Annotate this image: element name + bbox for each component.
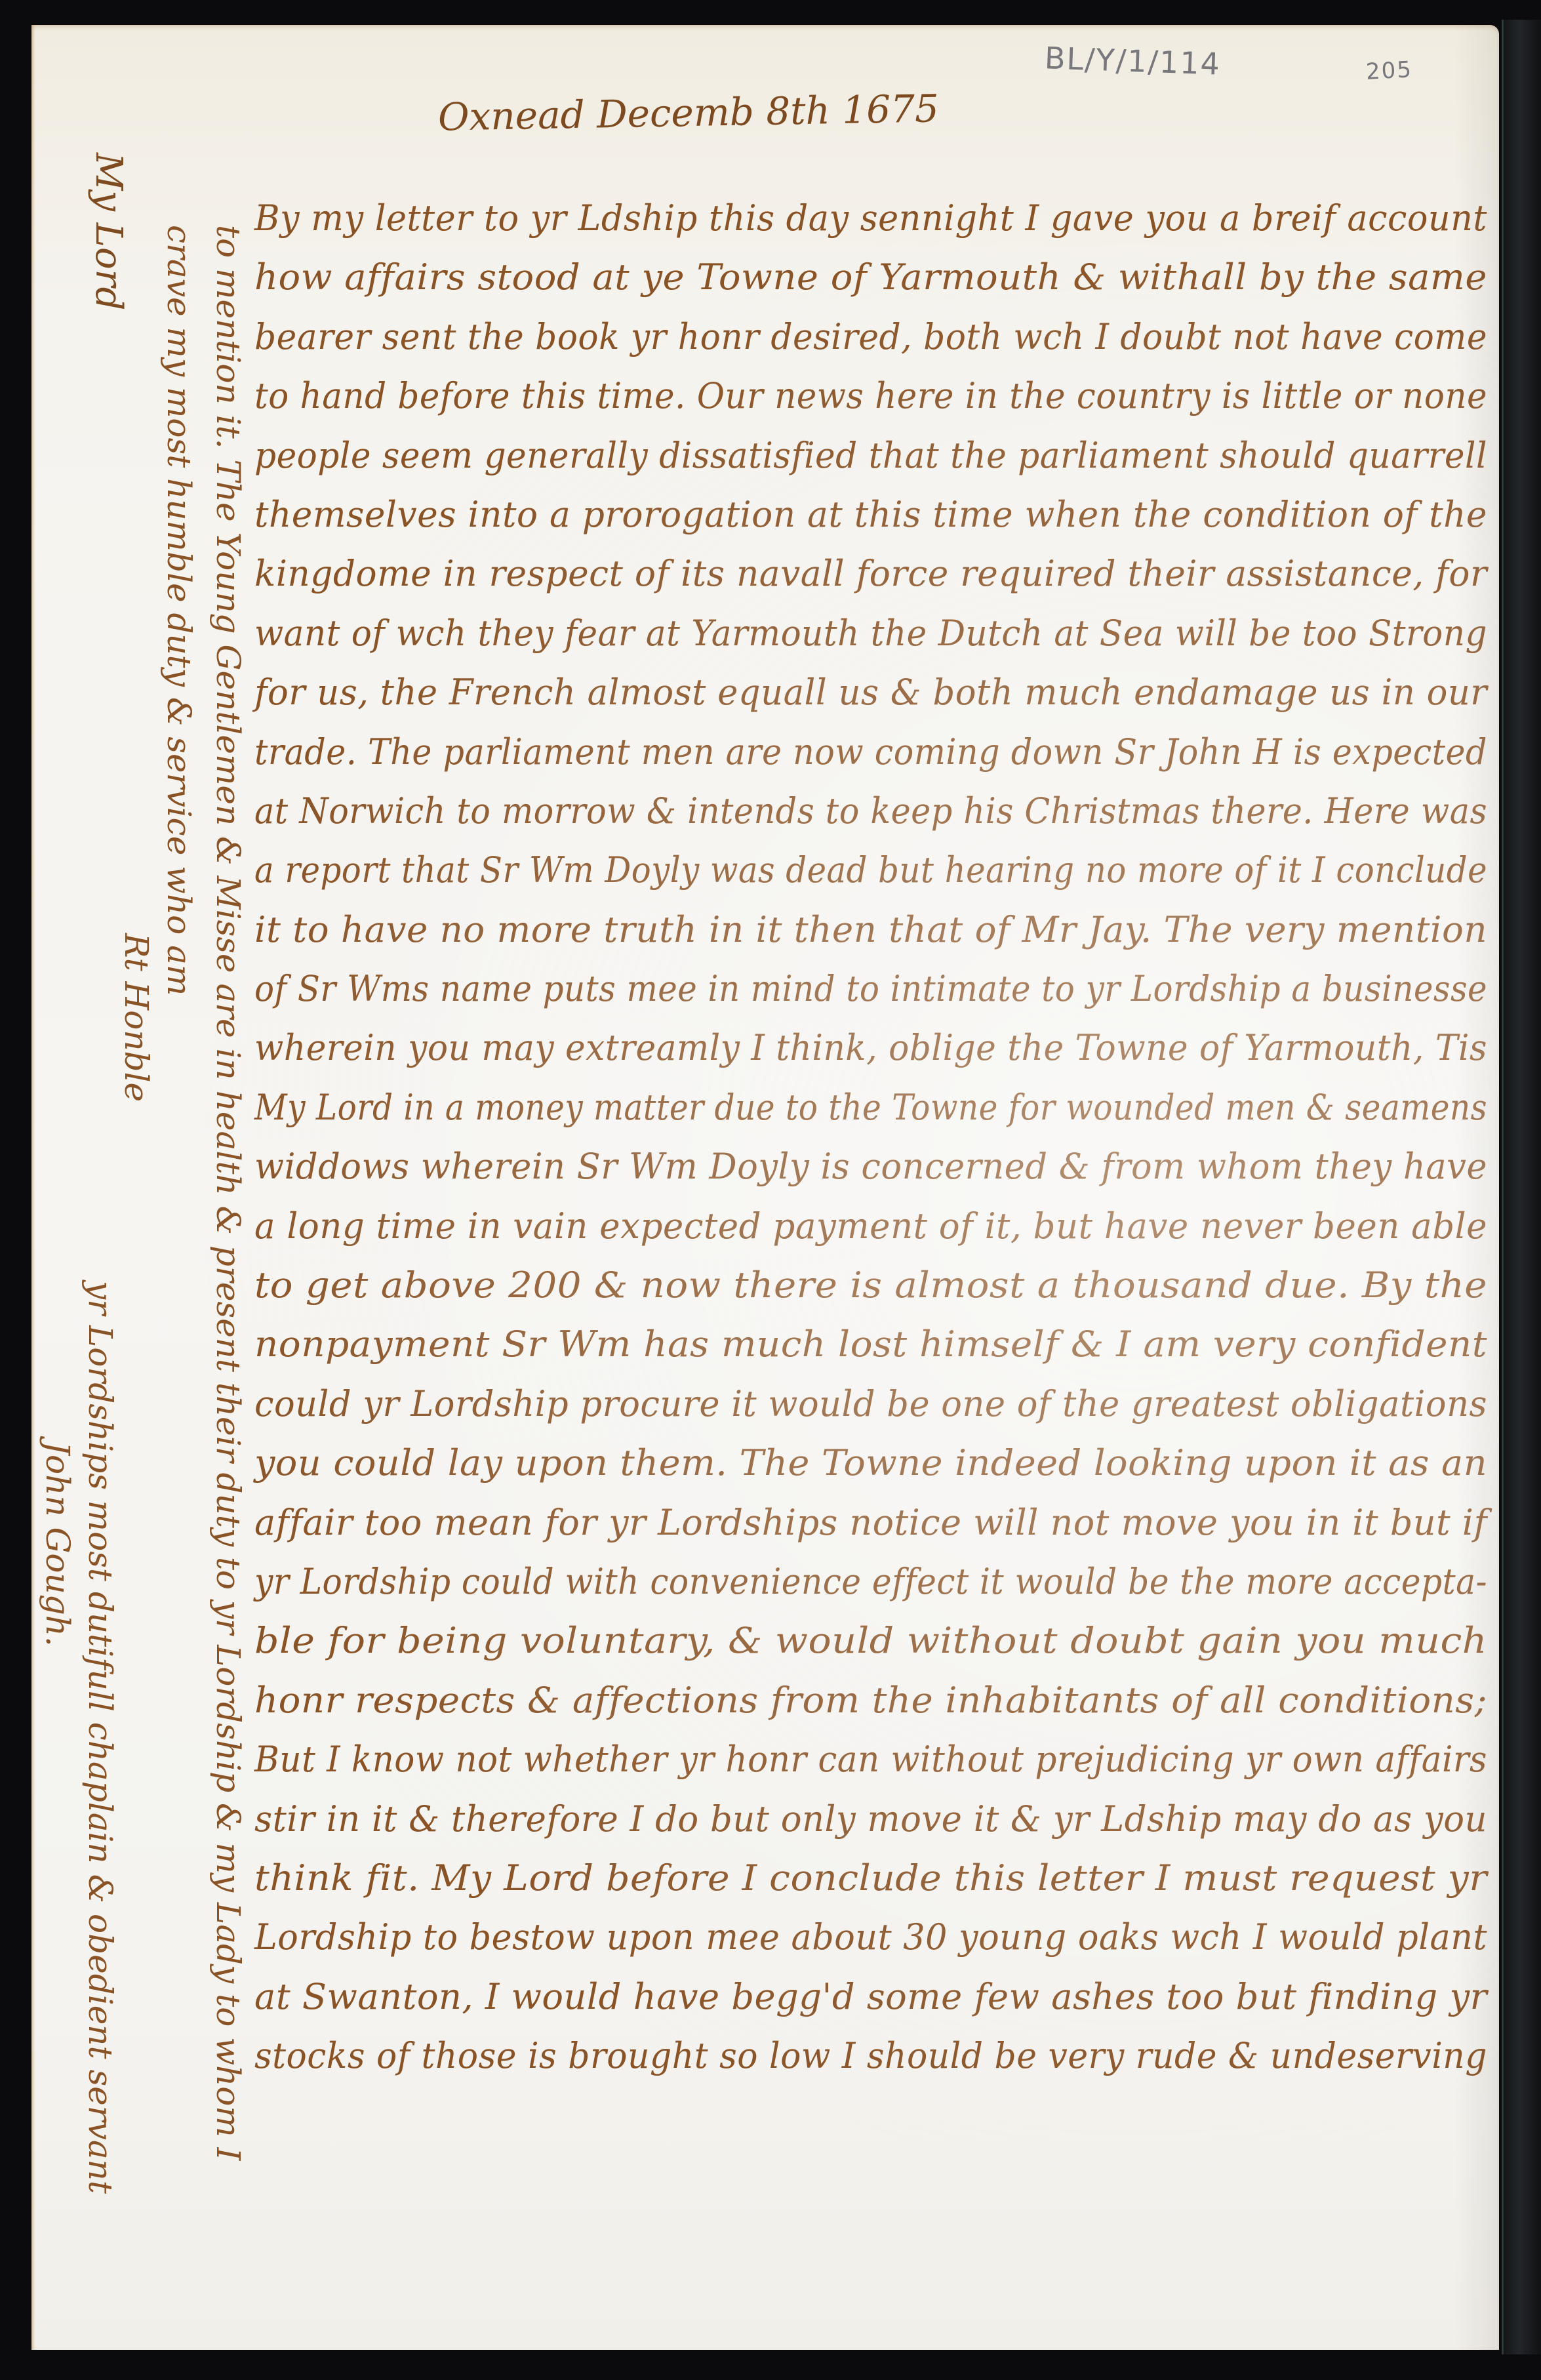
body-line: widdows wherein Sr Wm Doyly is concerned… (254, 1137, 1494, 1196)
body-line-text: yr Lordship could with convenience effec… (254, 1552, 1487, 1611)
body-line-text: it to have no more truth in it then that… (254, 900, 1487, 959)
body-line: nonpayment Sr Wm has much lost himself &… (254, 1315, 1494, 1374)
body-line-text: widdows wherein Sr Wm Doyly is concerned… (254, 1137, 1487, 1196)
folio-number: 205 (1365, 56, 1413, 85)
body-line: how affairs stood at ye Towne of Yarmout… (254, 248, 1494, 307)
body-line-text: want of wch they fear at Yarmouth the Du… (254, 604, 1487, 663)
body-line-text: how affairs stood at ye Towne of Yarmout… (254, 248, 1487, 307)
body-line-text: stir in it & therefore I do but only mov… (254, 1790, 1487, 1849)
margin-greeting: My Lord (87, 153, 130, 310)
body-line-text: to get above 200 & now there is almost a… (254, 1256, 1487, 1315)
body-line-text: affair too mean for yr Lordships notice … (254, 1493, 1487, 1552)
body-line-text: a report that Sr Wm Doyly was dead but h… (254, 841, 1487, 900)
body-line: affair too mean for yr Lordships notice … (254, 1493, 1494, 1552)
body-line: a long time in vain expected payment of … (254, 1197, 1494, 1256)
body-line-text: people seem generally dissatisfied that … (254, 426, 1487, 485)
body-line: a report that Sr Wm Doyly was dead but h… (254, 841, 1494, 900)
margin-signature-line: yr Lordships most dutifull chaplain & ob… (81, 1281, 120, 2194)
body-line: to get above 200 & now there is almost a… (254, 1256, 1494, 1315)
body-line-text: stocks of those is brought so low I shou… (254, 2027, 1487, 2086)
body-line: at Norwich to morrow & intends to keep h… (254, 782, 1494, 841)
body-line: kingdome in respect of its navall force … (254, 544, 1494, 603)
margin-closing-salutation: Rt Honble (117, 933, 156, 1102)
body-line-text: to hand before this time. Our news here … (254, 367, 1487, 426)
body-line: ble for being voluntary, & would without… (254, 1611, 1494, 1670)
body-line: of Sr Wms name puts mee in mind to intim… (254, 959, 1494, 1019)
signature: John Gough. (38, 1442, 77, 1647)
body-line: could yr Lordship procure it would be on… (254, 1375, 1494, 1434)
body-line-text: a long time in vain expected payment of … (254, 1197, 1487, 1256)
body-line-text: themselves into a prorogation at this ti… (254, 485, 1487, 544)
body-line: trade. The parliament men are now coming… (254, 723, 1494, 782)
body-line-text: kingdome in respect of its navall force … (254, 544, 1487, 603)
margin-postscript-line: to mention it. The Young Gentlemen & Mis… (209, 225, 248, 2160)
body-line: think fit. My Lord before I conclude thi… (254, 1849, 1494, 1908)
body-line-text: My Lord in a money matter due to the Tow… (254, 1078, 1487, 1137)
body-line-text: bearer sent the book yr honr desired, bo… (254, 308, 1487, 367)
body-line: it to have no more truth in it then that… (254, 900, 1494, 959)
body-line-text: at Norwich to morrow & intends to keep h… (254, 782, 1487, 841)
body-line-text: Lordship to bestow upon mee about 30 you… (254, 1908, 1487, 1967)
body-line-text: ble for being voluntary, & would without… (254, 1611, 1487, 1670)
body-line: By my letter to yr Ldship this day senni… (254, 189, 1494, 248)
body-line-text: you could lay upon them. The Towne indee… (254, 1434, 1487, 1493)
body-line: you could lay upon them. The Towne indee… (254, 1434, 1494, 1493)
body-line-text: honr respects & affections from the inha… (254, 1671, 1487, 1730)
body-line-text: By my letter to yr Ldship this day senni… (254, 189, 1487, 248)
dateline: Oxnead Decemb 8th 1675 (437, 86, 939, 139)
margin-postscript-line: crave my most humble duty & service who … (159, 225, 199, 996)
body-line-text: could yr Lordship procure it would be on… (254, 1375, 1487, 1434)
body-line-text: But I know not whether yr honr can witho… (254, 1730, 1487, 1789)
body-line: for us, the French almost equall us & bo… (254, 663, 1494, 722)
body-line-text: think fit. My Lord before I conclude thi… (254, 1849, 1487, 1908)
body-line-text: nonpayment Sr Wm has much lost himself &… (254, 1315, 1487, 1374)
body-line: to hand before this time. Our news here … (254, 367, 1494, 426)
body-line: people seem generally dissatisfied that … (254, 426, 1494, 485)
body-line: yr Lordship could with convenience effec… (254, 1552, 1494, 1611)
body-line-text: trade. The parliament men are now coming… (254, 723, 1487, 782)
body-line: My Lord in a money matter due to the Tow… (254, 1078, 1494, 1137)
body-line: Lordship to bestow upon mee about 30 you… (254, 1908, 1494, 1967)
body-line-text: for us, the French almost equall us & bo… (254, 663, 1487, 722)
body-line-text: at Swanton, I would have begg'd some few… (254, 1967, 1487, 2027)
body-line: bearer sent the book yr honr desired, bo… (254, 308, 1494, 367)
body-line: But I know not whether yr honr can witho… (254, 1730, 1494, 1789)
right-edge-strip (1502, 20, 1541, 2354)
body-line: stir in it & therefore I do but only mov… (254, 1790, 1494, 1849)
body-line: at Swanton, I would have begg'd some few… (254, 1967, 1494, 2027)
body-line: wherein you may extreamly I think, oblig… (254, 1019, 1494, 1078)
archive-reference: BL/Y/1/114 (1044, 40, 1222, 81)
body-line: stocks of those is brought so low I shou… (254, 2027, 1494, 2086)
manuscript-page: BL/Y/1/114 205 Oxnead Decemb 8th 1675 By… (31, 25, 1499, 2350)
body-line: honr respects & affections from the inha… (254, 1671, 1494, 1730)
body-line-text: of Sr Wms name puts mee in mind to intim… (254, 959, 1487, 1019)
body-line: themselves into a prorogation at this ti… (254, 485, 1494, 544)
body-line-text: wherein you may extreamly I think, oblig… (254, 1019, 1487, 1078)
letter-body: By my letter to yr Ldship this day senni… (254, 189, 1494, 2086)
body-line: want of wch they fear at Yarmouth the Du… (254, 604, 1494, 663)
